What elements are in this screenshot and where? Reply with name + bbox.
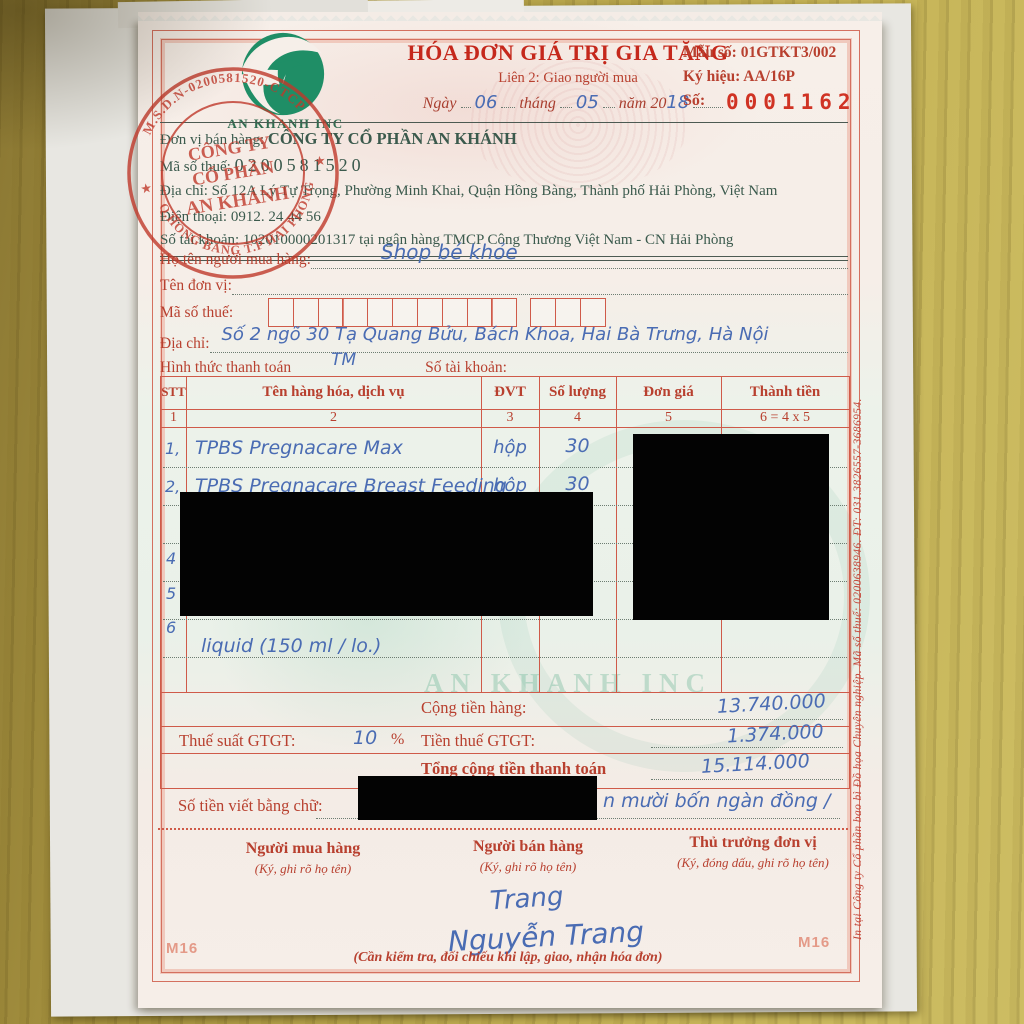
col-header-amount: Thành tiền [721, 384, 849, 401]
invoice-sheet: AN KHANH INC AN KHANH INC HÓA ĐƠN GIÁ TR… [138, 20, 882, 1008]
amount-in-words-handwritten: n mười bốn ngàn đồng / [603, 790, 830, 812]
leader-dots [603, 107, 615, 108]
table-hline [161, 427, 849, 428]
row1-qty: 30 [539, 435, 616, 457]
row1-name: TPBS Pregnacare Max [195, 437, 403, 459]
payment-method-label: Hình thức thanh toán [160, 359, 291, 377]
payment-method-handwritten: TM [331, 350, 356, 370]
redaction-box-words [358, 776, 597, 820]
col-index-2: 2 [186, 410, 481, 426]
vat-rate-percent: % [391, 731, 404, 749]
form-symbol: Ký hiệu: AA/16P [683, 68, 795, 86]
row1-unit: hộp [481, 437, 539, 458]
buyer-account-leader [507, 356, 848, 377]
date-day-handwritten: 06 [475, 92, 498, 113]
col-index-4: 4 [539, 410, 616, 426]
col-header-qty: Số lượng [539, 384, 616, 401]
tax-id-box [530, 298, 556, 327]
vat-rate-handwritten: 10 [353, 727, 377, 749]
buyer-address-row: Địa chỉ: Số 2 ngõ 30 Tạ Quang Bửu, Bách … [160, 330, 848, 353]
buyer-address-label: Địa chỉ: [160, 335, 210, 353]
buyer-account-label: Số tài khoản: [425, 359, 507, 377]
vat-amount-label: Tiền thuế GTGT: [421, 731, 535, 751]
col-header-price: Đơn giá [616, 384, 721, 401]
leader-dots [501, 107, 515, 108]
seller-sign-subtitle: (Ký, ghi rõ họ tên) [438, 859, 618, 875]
tax-id-box [342, 298, 368, 327]
footer-note: (Cần kiểm tra, đối chiếu khi lập, giao, … [258, 950, 758, 966]
buyer-name-leader: Shop bé khỏe [311, 246, 848, 269]
subtotal-handwritten: 13.740.000 [716, 690, 826, 718]
invoice-date-line: Ngày 06 tháng 05 năm 2018 [373, 92, 773, 113]
col-index-5: 5 [616, 410, 721, 426]
tax-id-box [268, 298, 294, 327]
buyer-tax-row: Mã số thuế: [160, 298, 848, 327]
buyer-sign-subtitle: (Ký, ghi rõ họ tên) [213, 861, 393, 877]
vat-rate-label: Thuế suất GTGT: [179, 731, 295, 751]
buyer-tax-label: Mã số thuế: [160, 304, 233, 322]
leader-dots [461, 107, 471, 108]
leader-dots [560, 107, 572, 108]
row2-stt: 2, [165, 477, 180, 496]
row1-stt: 1, [165, 439, 180, 458]
col-header-stt: STT [161, 384, 186, 400]
stamp-star-right: ★ [313, 152, 327, 169]
stamp-star-left: ★ [139, 180, 153, 197]
vat-leader [651, 747, 843, 748]
invoice-serial-number: 0001162 [726, 90, 857, 114]
buyer-unit-leader [232, 274, 848, 295]
grand-total-handwritten: 15.114.000 [700, 750, 810, 778]
printer-credit-vertical-text: In tại Công ty Cổ phần bao bì Đồ họa Chu… [852, 320, 864, 940]
tax-id-box [442, 298, 468, 327]
tax-id-box [491, 298, 517, 327]
signature-handwritten-first: Trang [489, 881, 564, 916]
subtotal-leader [651, 719, 843, 720]
subtotal-label: Cộng tiền hàng: [421, 698, 526, 718]
tax-id-box [293, 298, 319, 327]
buyer-address-handwritten: Số 2 ngõ 30 Tạ Quang Bửu, Bách Khoa, Hai… [222, 324, 769, 345]
col-index-1: 1 [161, 410, 186, 426]
buyer-name-handwritten: Shop bé khỏe [381, 240, 518, 264]
tax-id-box [417, 298, 443, 327]
row5-stt-partial: 5 [166, 584, 176, 603]
invoice-no-label: Số: [683, 92, 705, 110]
col-index-6: 6 = 4 x 5 [721, 410, 849, 426]
table-row-dotline [163, 657, 847, 658]
row6-stt-partial: 6 [166, 618, 176, 637]
signature-separator [158, 828, 848, 830]
buyer-name-label: Họ tên người mua hàng: [160, 251, 311, 269]
col-index-3: 3 [481, 410, 539, 426]
corner-mark-right: M16 [798, 934, 830, 951]
buyer-unit-row: Tên đơn vị: [160, 274, 848, 295]
buyer-sign-title: Người mua hàng [213, 840, 393, 858]
col-header-unit: ĐVT [481, 384, 539, 401]
grand-total-leader [651, 779, 843, 780]
payment-method-leader: TM [291, 356, 411, 377]
tax-id-box [367, 298, 393, 327]
row4-stt-partial: 4 [166, 549, 176, 568]
director-sign-subtitle: (Ký, đóng dấu, ghi rõ họ tên) [648, 855, 858, 871]
form-number: Mẫu số: 01GTKT3/002 [683, 44, 836, 62]
redaction-box-items [180, 492, 593, 616]
buyer-address-leader: Số 2 ngõ 30 Tạ Quang Bửu, Bách Khoa, Hai… [210, 330, 849, 353]
tax-id-box [467, 298, 493, 327]
seller-sign-title: Người bán hàng [438, 838, 618, 856]
tax-id-box [580, 298, 606, 327]
date-word-year: năm 20 [619, 95, 667, 112]
totals-box: Cộng tiền hàng: 13.740.000 Thuế suất GTG… [160, 691, 850, 789]
redaction-box-prices [633, 434, 829, 620]
corner-mark-left: M16 [166, 940, 198, 957]
buyer-payment-row: Hình thức thanh toán TM Số tài khoản: [160, 356, 848, 377]
row6-continuation: liquid (150 ml / lo.) [201, 635, 381, 657]
photo-background: AN KHANH INC AN KHANH INC HÓA ĐƠN GIÁ TR… [0, 0, 1024, 1024]
tax-id-box [392, 298, 418, 327]
tax-id-box [555, 298, 581, 327]
date-word-day: Ngày [423, 95, 457, 112]
director-sign-title: Thủ trưởng đơn vị [648, 834, 858, 852]
date-word-month: tháng [519, 95, 555, 112]
vat-handwritten: 1.374.000 [726, 720, 824, 747]
amount-in-words-label: Số tiền viết bằng chữ: [178, 796, 323, 816]
date-month-handwritten: 05 [576, 92, 599, 113]
col-header-name: Tên hàng hóa, dịch vụ [186, 384, 481, 401]
buyer-unit-label: Tên đơn vị: [160, 277, 232, 295]
buyer-name-row: Họ tên người mua hàng: Shop bé khỏe [160, 246, 848, 269]
tax-id-box [318, 298, 344, 327]
